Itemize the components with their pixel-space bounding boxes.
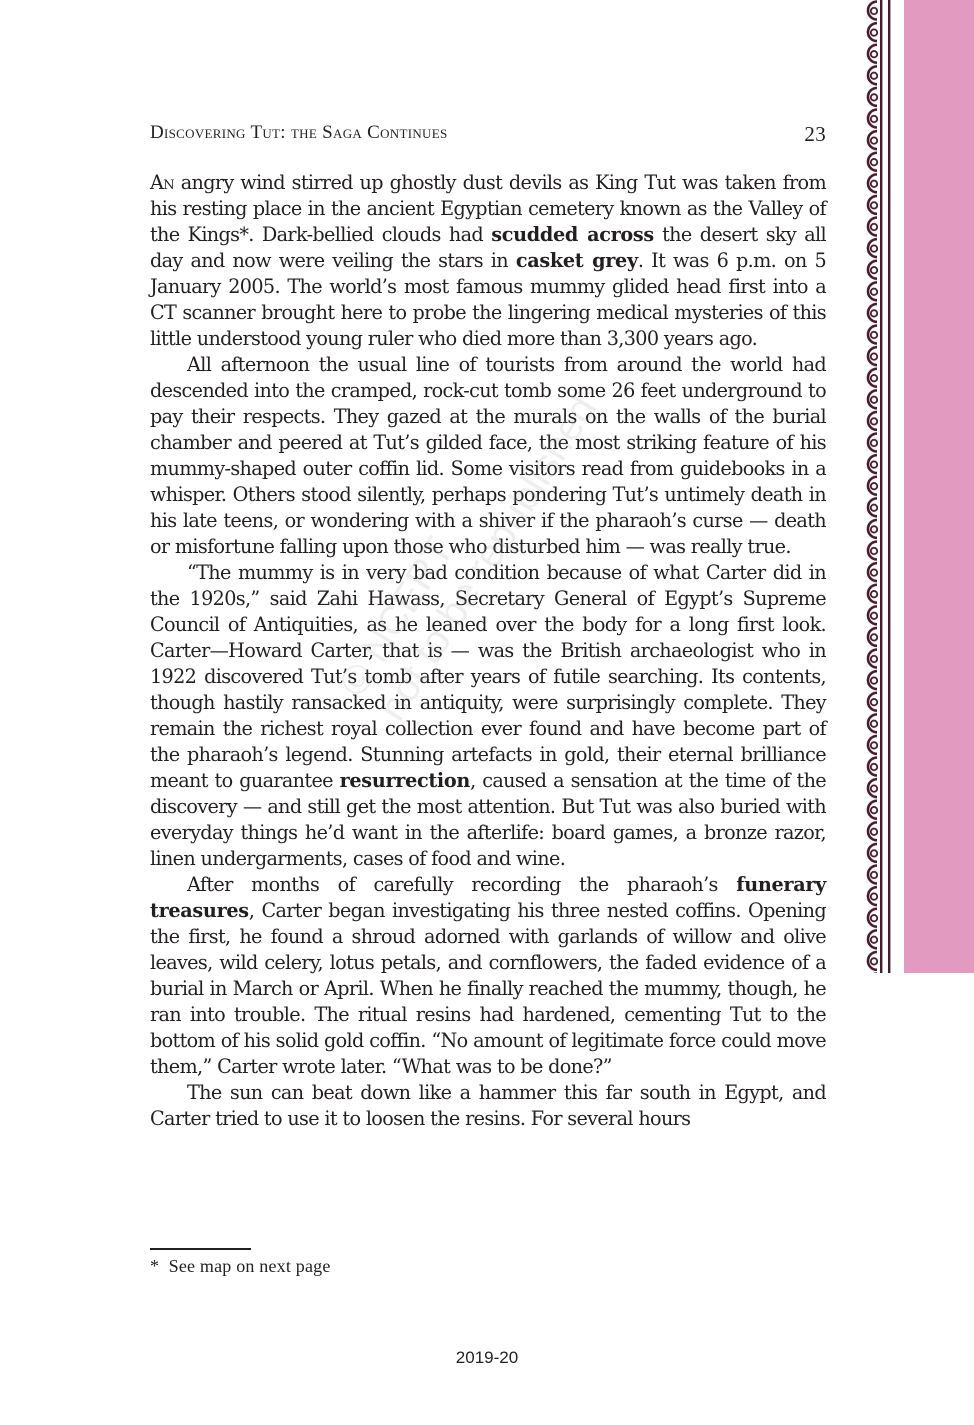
- paragraph: “The mummy is in very bad condition beca…: [150, 560, 826, 872]
- footnote-divider: [150, 1248, 251, 1250]
- decorative-pink-band: [904, 0, 974, 973]
- paragraph: All afternoon the usual line of tourists…: [150, 352, 826, 560]
- text-run: The sun can beat down like a hammer this…: [150, 1081, 826, 1130]
- footnote-text: See map on next page: [169, 1256, 331, 1276]
- decorative-scroll-border: [858, 0, 904, 973]
- running-header: Discovering Tut: the Saga Continues 23: [150, 122, 826, 148]
- paragraph: An angry wind stirred up ghostly dust de…: [150, 170, 826, 352]
- text-run: , Carter began investigating his three n…: [150, 899, 826, 1078]
- drop-smallcaps: An: [150, 171, 174, 194]
- body-text: An angry wind stirred up ghostly dust de…: [150, 170, 826, 1132]
- glossary-term: casket grey: [516, 249, 638, 272]
- glossary-term: scudded across: [491, 223, 654, 246]
- paragraph: The sun can beat down like a hammer this…: [150, 1080, 826, 1132]
- footnote: * See map on next page: [150, 1256, 331, 1277]
- text-run: All afternoon the usual line of tourists…: [150, 353, 826, 558]
- edition-year: 2019-20: [0, 1348, 974, 1368]
- text-run: After months of carefully recording the …: [187, 873, 736, 896]
- text-run: “The mummy is in very bad condition beca…: [150, 561, 826, 792]
- paragraph: After months of carefully recording the …: [150, 872, 826, 1080]
- scroll-border-ornament-icon: [858, 0, 904, 973]
- chapter-running-title: Discovering Tut: the Saga Continues: [150, 122, 447, 144]
- footnote-marker: *: [150, 1256, 159, 1276]
- page-number: 23: [804, 122, 826, 147]
- glossary-term: resurrection: [340, 769, 470, 792]
